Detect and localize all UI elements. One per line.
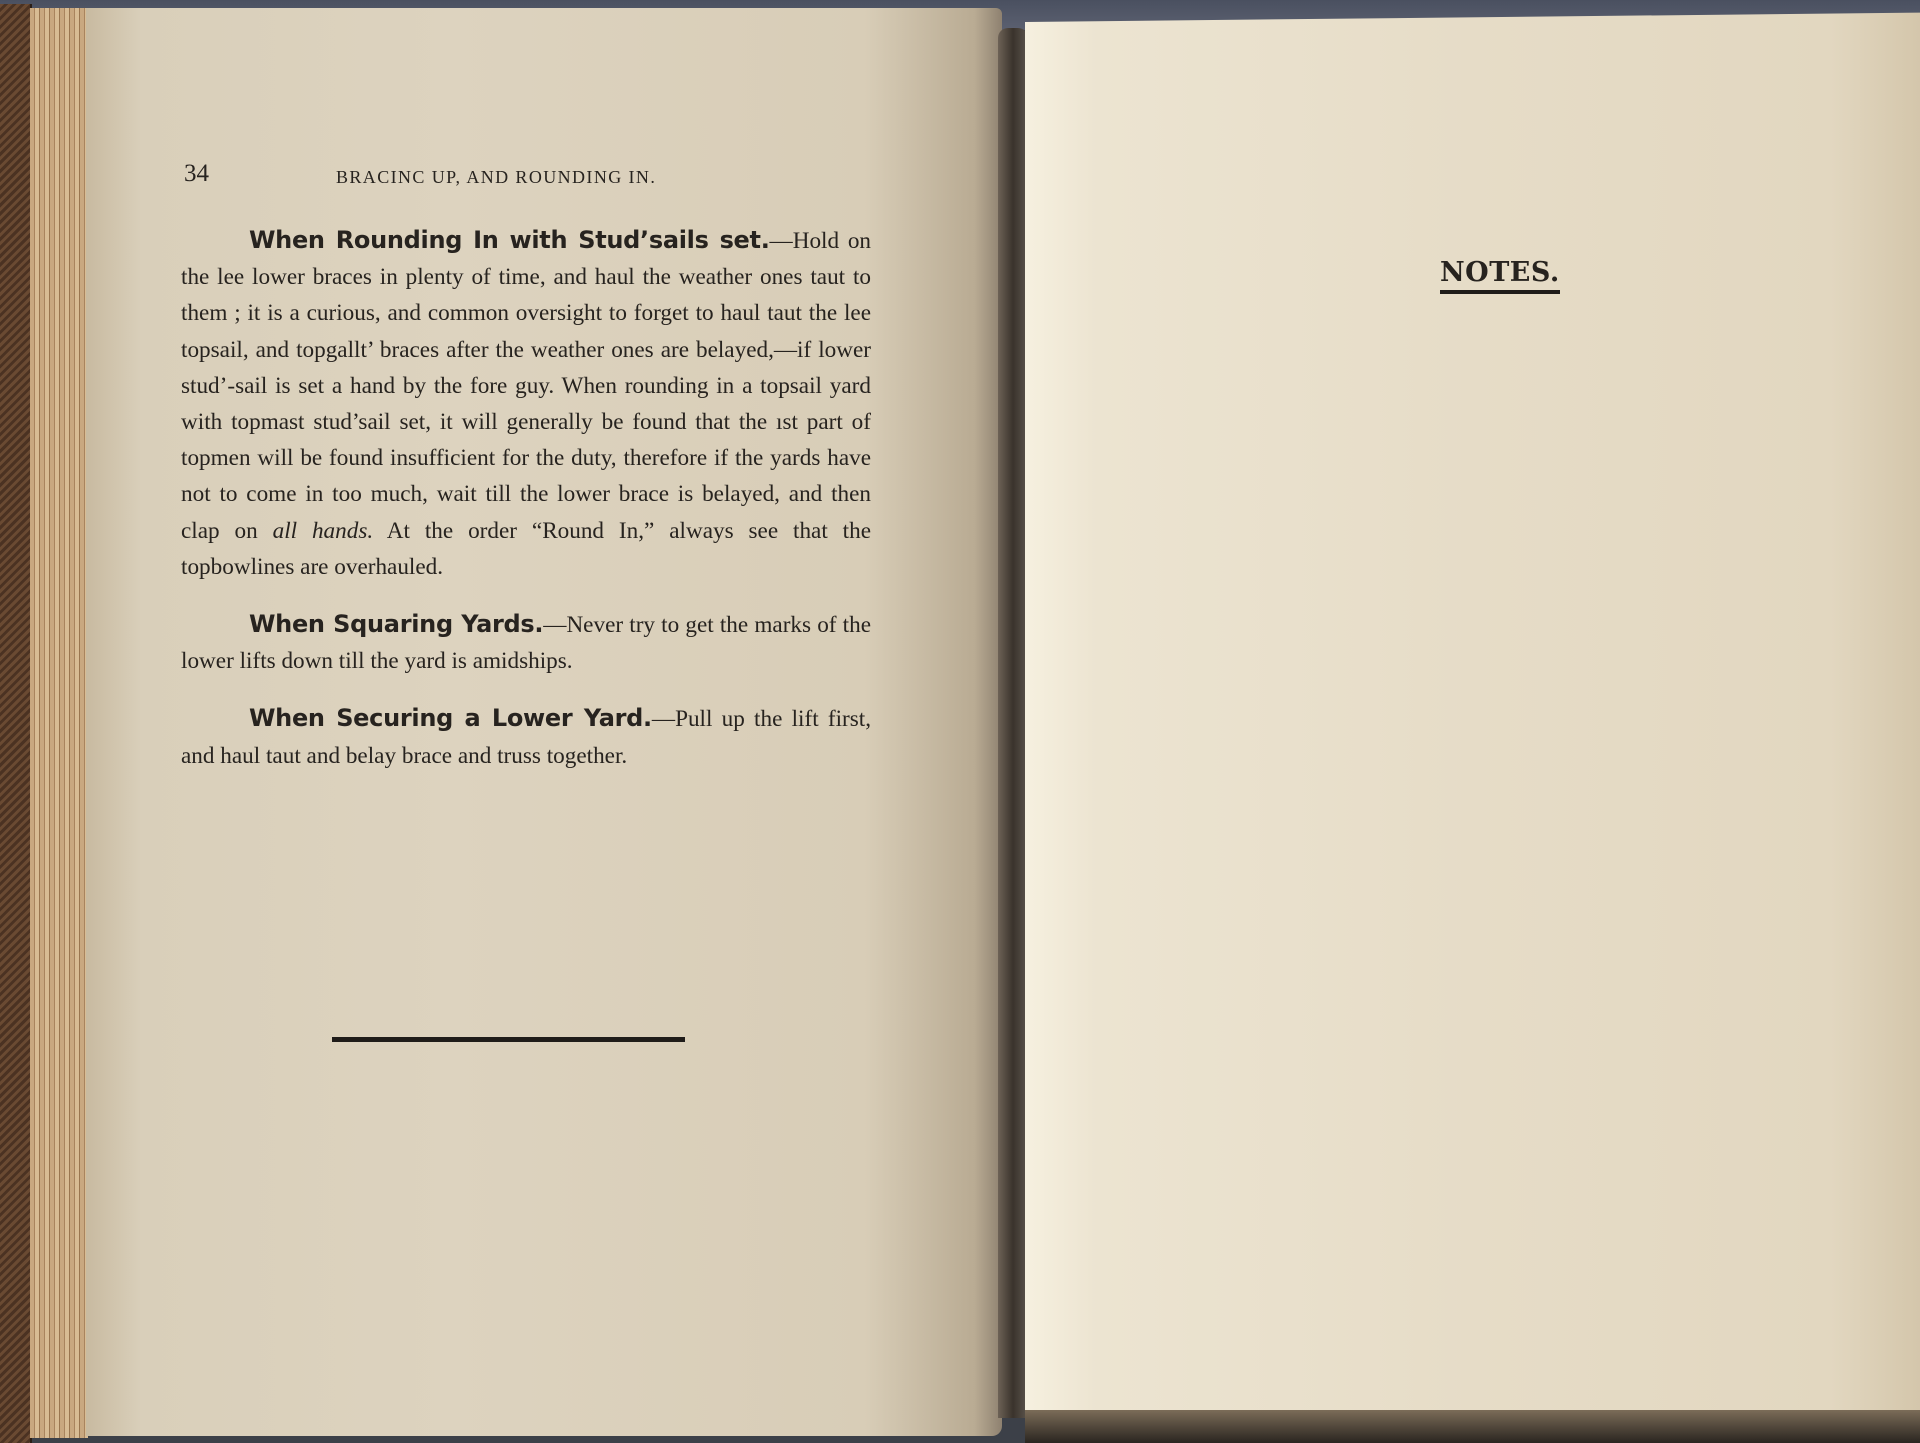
section-heading: When Rounding In with Stud’sails set. xyxy=(249,226,770,254)
bottom-shadow xyxy=(1025,1410,1920,1443)
page-body: When Rounding In with Stud’sails set.—Ho… xyxy=(181,222,871,795)
notes-heading: NOTES. xyxy=(1440,257,1560,294)
right-page xyxy=(1025,13,1920,1422)
emphasis-text: all hands. xyxy=(273,518,374,544)
paragraph-rounding-in: When Rounding In with Stud’sails set.—Ho… xyxy=(181,222,871,585)
section-heading: When Securing a Lower Yard. xyxy=(249,704,652,732)
book-gutter xyxy=(998,28,1028,1418)
paragraph-text: —Hold on the lee lower braces in plenty … xyxy=(181,228,871,544)
book-cover-edge xyxy=(0,4,32,1443)
paragraph-squaring-yards: When Squaring Yards.—Never try to get th… xyxy=(181,606,871,679)
page-stack-edge xyxy=(30,8,88,1438)
paragraph-securing-lower-yard: When Securing a Lower Yard.—Pull up the … xyxy=(181,700,871,773)
section-end-rule xyxy=(332,1037,685,1042)
running-head: BRACINC UP, AND ROUNDING IN. xyxy=(336,167,656,188)
section-heading: When Squaring Yards. xyxy=(249,610,543,638)
page-number: 34 xyxy=(184,160,209,188)
